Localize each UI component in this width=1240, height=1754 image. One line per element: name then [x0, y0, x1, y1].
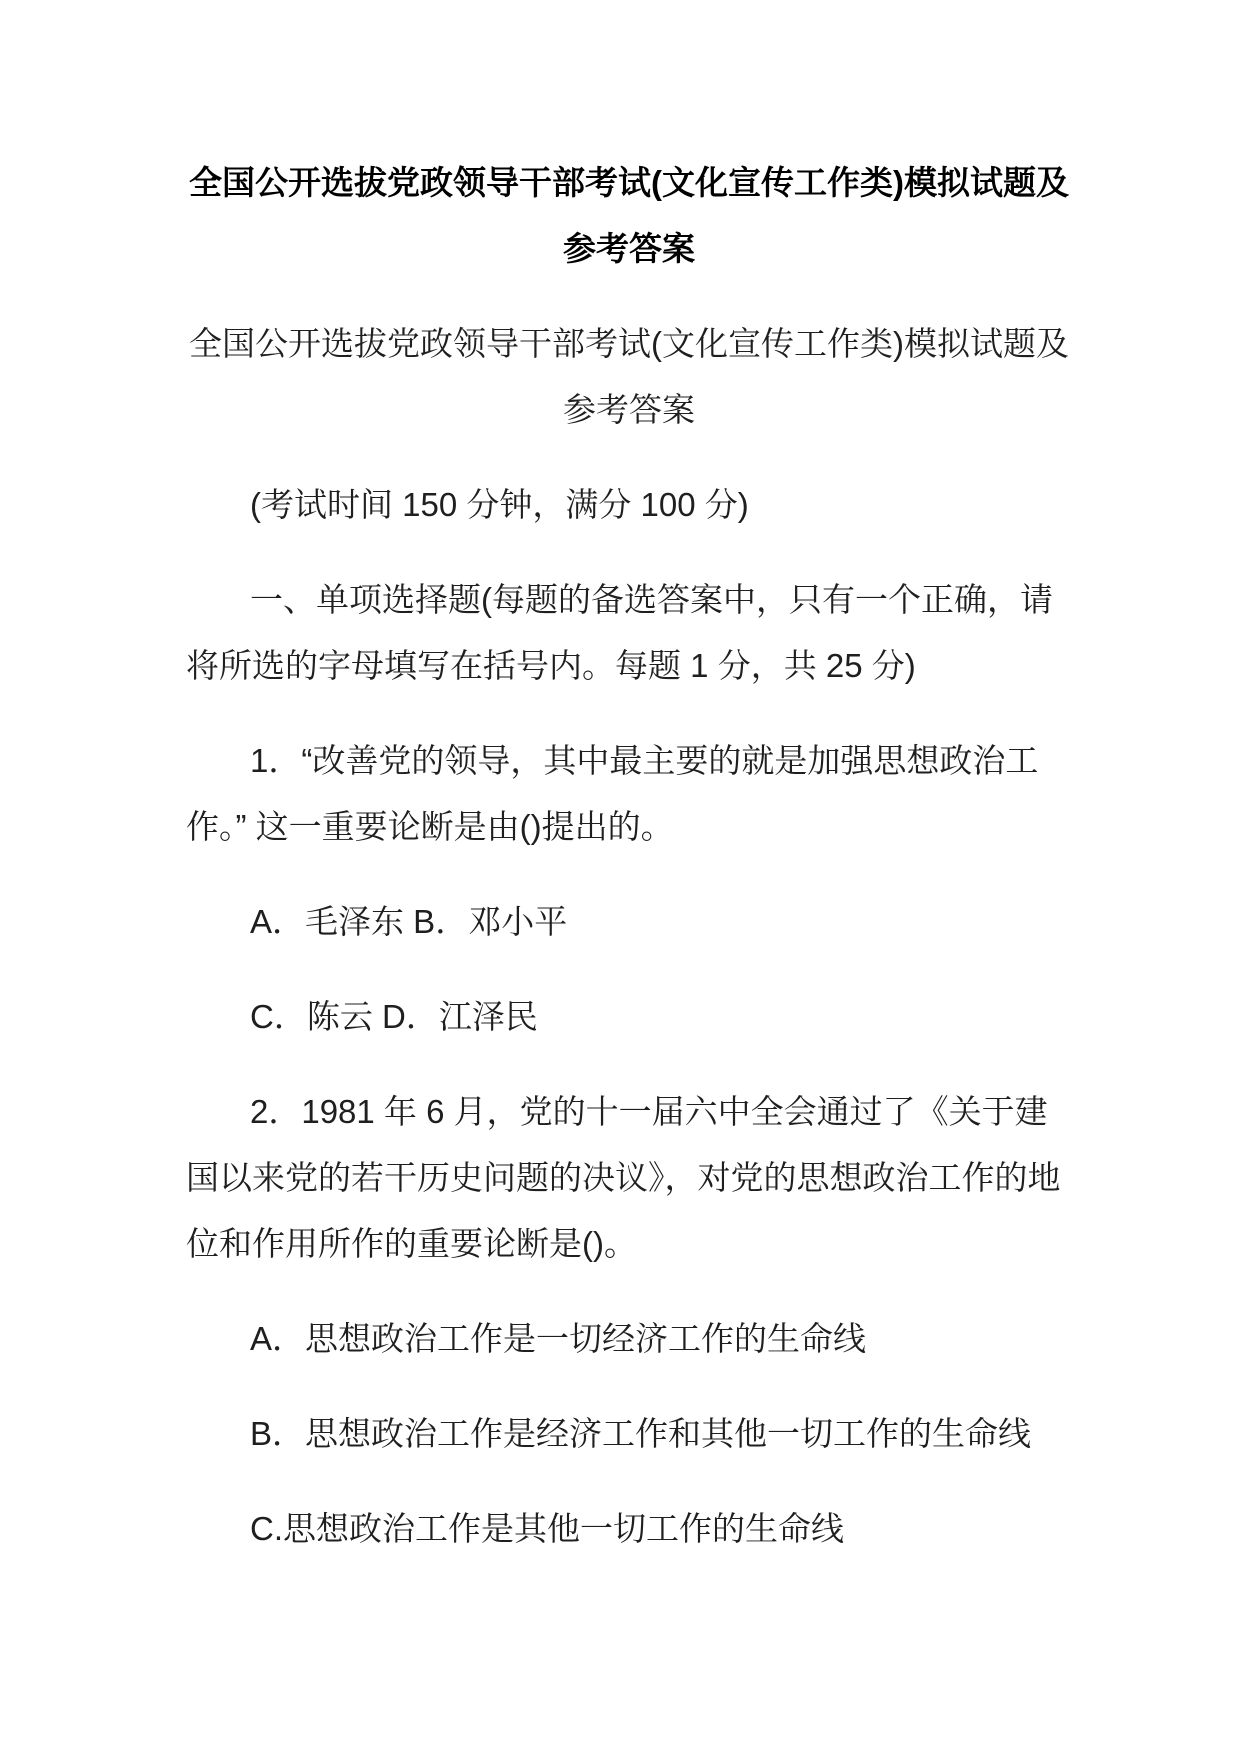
document-title: 全国公开选拔党政领导干部考试(文化宣传工作类)模拟试题及参考答案	[186, 150, 1072, 282]
document-subtitle: 全国公开选拔党政领导干部考试(文化宣传工作类)模拟试题及参考答案	[186, 311, 1072, 443]
question-1-options-row-ab: A．毛泽东 B．邓小平	[186, 889, 1072, 955]
exam-info-line: (考试时间 150 分钟，满分 100 分)	[186, 472, 1072, 538]
document-page: 全国公开选拔党政领导干部考试(文化宣传工作类)模拟试题及参考答案 全国公开选拔党…	[0, 0, 1240, 1754]
question-2-option-c: C.思想政治工作是其他一切工作的生命线	[186, 1496, 1072, 1562]
question-1-stem: 1．“改善党的领导，其中最主要的就是加强思想政治工作。” 这一重要论断是由()提…	[186, 728, 1072, 860]
section-heading: 一、单项选择题(每题的备选答案中，只有一个正确，请将所选的字母填写在括号内。每题…	[186, 567, 1072, 699]
question-2-option-a: A．思想政治工作是一切经济工作的生命线	[186, 1306, 1072, 1372]
question-2-stem: 2．1981 年 6 月，党的十一届六中全会通过了《关于建国以来党的若干历史问题…	[186, 1079, 1072, 1277]
question-2-option-b: B．思想政治工作是经济工作和其他一切工作的生命线	[186, 1401, 1072, 1467]
question-1-options-row-cd: C．陈云 D．江泽民	[186, 984, 1072, 1050]
